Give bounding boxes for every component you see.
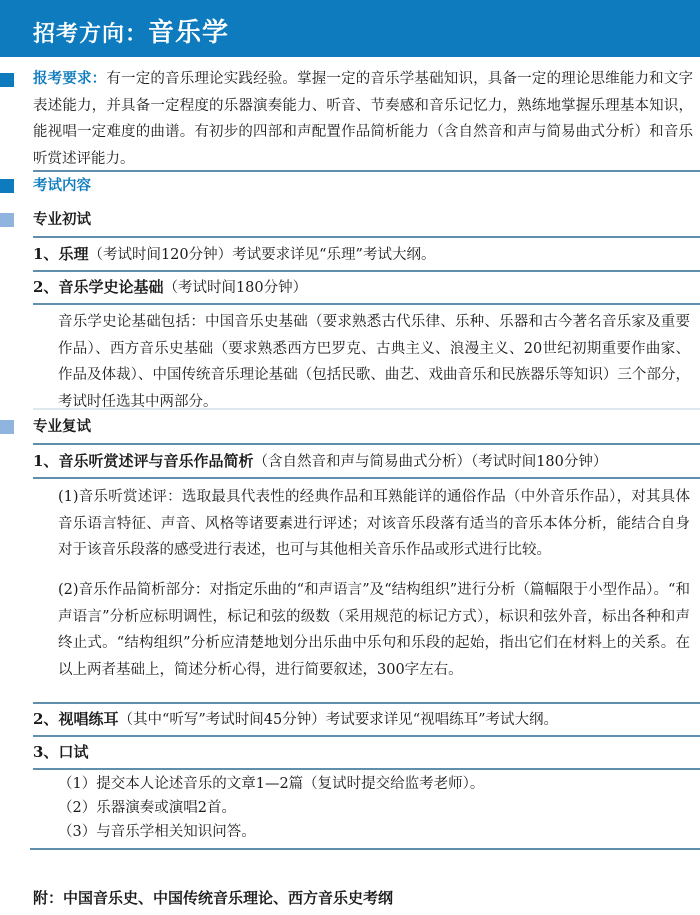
divider — [33, 768, 700, 770]
retest-item-3: 3、口试 — [33, 739, 88, 766]
item-detail: （含自然音和声与简易曲式分析）（考试时间180分钟） — [253, 454, 607, 470]
item-name: 乐理 — [58, 245, 88, 263]
subsection-marker-icon — [0, 420, 14, 434]
section-marker-icon — [0, 179, 14, 193]
item-detail: （考试时间180分钟） — [163, 280, 307, 296]
item-detail: （考试时间120分钟）考试要求详见“乐理”考试大纲。 — [88, 247, 435, 263]
retest-item-1-body-1: (1)音乐听赏述评：选取最具代表性的经典作品和耳熟能详的通俗作品（中外音乐作品）… — [58, 484, 690, 564]
item-name: 视唱练耳 — [58, 710, 118, 728]
divider — [33, 443, 700, 445]
page-title: 招考方向：音乐学 — [33, 12, 229, 49]
preliminary-title: 专业初试 — [33, 207, 91, 233]
item-name: 音乐学史论基础 — [58, 278, 163, 296]
preliminary-item-1: 1、乐理（考试时间120分钟）考试要求详见“乐理”考试大纲。 — [33, 241, 435, 268]
oral-subitem: （1）提交本人论述音乐的文章1—2篇（复试时提交给监考老师）。 — [58, 772, 484, 796]
section-marker-icon — [0, 73, 14, 87]
divider — [33, 408, 700, 410]
divider — [33, 477, 700, 479]
title-prefix: 招考方向： — [33, 21, 148, 47]
divider — [33, 236, 700, 238]
item-name: 口试 — [58, 743, 88, 761]
retest-item-1: 1、音乐听赏述评与音乐作品简析（含自然音和声与简易曲式分析）（考试时间180分钟… — [33, 448, 607, 475]
divider — [33, 303, 700, 305]
title-major: 音乐学 — [148, 18, 229, 48]
appendix-text: 附：中国音乐史、中国传统音乐理论、西方音乐史考纲 — [33, 885, 393, 911]
retest-title: 专业复试 — [33, 414, 91, 440]
item-name: 音乐听赏述评与音乐作品简析 — [58, 452, 253, 470]
page-header: 招考方向：音乐学 — [0, 0, 700, 57]
requirements-text: 有一定的音乐理论实践经验。掌握一定的音乐学基础知识，具备一定的理论思维能力和文字… — [33, 71, 693, 167]
exam-content-title: 考试内容 — [33, 173, 91, 199]
divider — [33, 735, 700, 737]
requirements-paragraph: 报考要求：有一定的音乐理论实践经验。掌握一定的音乐学基础知识，具备一定的理论思维… — [33, 66, 693, 172]
divider — [33, 170, 700, 172]
subsection-marker-icon — [0, 213, 14, 227]
divider — [33, 270, 700, 272]
oral-subitem: （3）与音乐学相关知识问答。 — [58, 820, 256, 844]
retest-item-1-body-2: (2)音乐作品简析部分：对指定乐曲的“和声语言”及“结构组织”进行分析（篇幅限于… — [58, 577, 690, 683]
requirements-label: 报考要求： — [33, 70, 106, 87]
preliminary-item-2-body: 音乐学史论基础包括：中国音乐史基础（要求熟悉古代乐律、乐种、乐器和古今著名音乐家… — [58, 309, 690, 415]
item-detail: （其中“听写”考试时间45分钟）考试要求详见“视唱练耳”考试大纲。 — [118, 712, 558, 728]
oral-subitem: （2）乐器演奏或演唱2首。 — [58, 796, 236, 820]
divider — [30, 848, 700, 850]
preliminary-item-2: 2、音乐学史论基础（考试时间180分钟） — [33, 274, 307, 301]
divider — [33, 702, 700, 704]
retest-item-2: 2、视唱练耳（其中“听写”考试时间45分钟）考试要求详见“视唱练耳”考试大纲。 — [33, 706, 558, 733]
